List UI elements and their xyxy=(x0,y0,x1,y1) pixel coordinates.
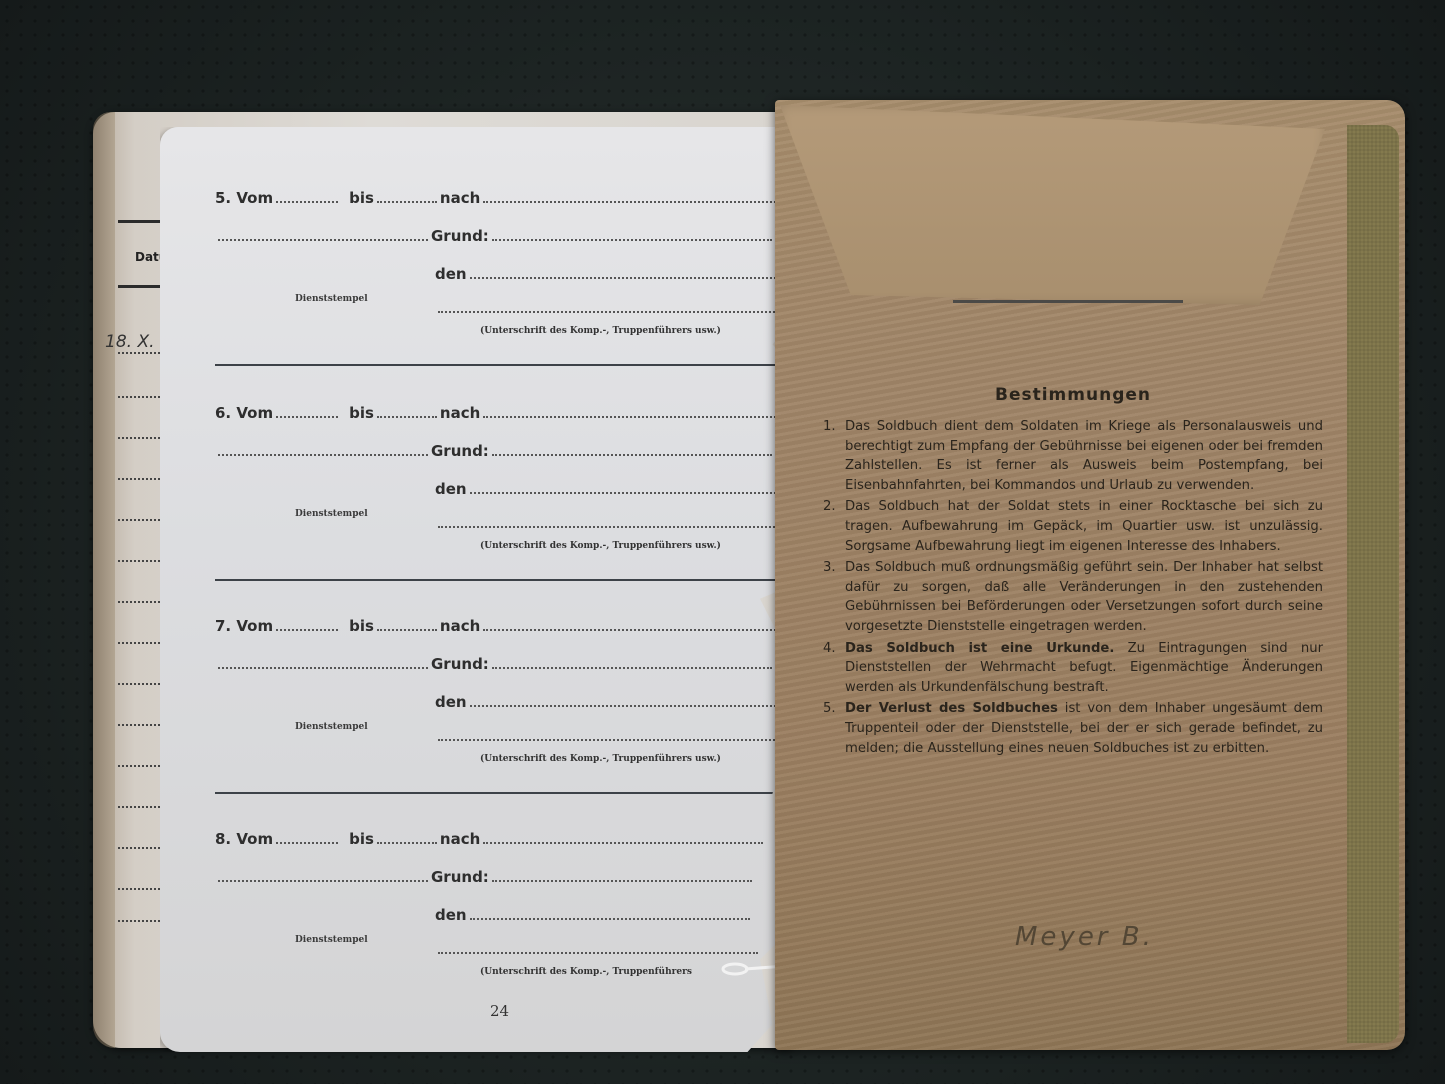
to-label: nach xyxy=(440,617,480,635)
reason-label: Grund: xyxy=(431,227,489,245)
spine-cloth xyxy=(1347,125,1399,1043)
regulation-item: 5. Der Verlust des Soldbuches ist von de… xyxy=(823,699,1323,758)
form-entry-6: 6. Vom bis nach Grund: den Dienststempel… xyxy=(215,404,785,604)
until-label: bis xyxy=(349,189,374,207)
to-field[interactable] xyxy=(483,201,803,203)
regulation-item: 2. Das Soldbuch hat der Soldat stets in … xyxy=(823,497,1323,556)
form-entry-8: 8. Vom bis nach Grund: den Dienststempel… xyxy=(215,830,785,1030)
section-divider xyxy=(215,579,783,581)
stamp-label: Dienststempel xyxy=(295,935,368,945)
form-entry-5: 5. Vom bis nach Grund: den Dienststempel… xyxy=(215,189,785,389)
to-label: nach xyxy=(440,404,480,422)
until-field[interactable] xyxy=(377,842,437,844)
to-field[interactable] xyxy=(483,629,803,631)
extra-field[interactable] xyxy=(218,667,428,669)
regulation-number: 1. xyxy=(823,417,845,495)
date-field[interactable] xyxy=(470,918,750,920)
from-label: Vom xyxy=(236,404,273,422)
inner-cover: Bestimmungen 1. Das Soldbuch dient dem S… xyxy=(775,100,1405,1050)
regulation-number: 4. xyxy=(823,639,845,698)
regulation-text: Das Soldbuch hat der Soldat stets in ein… xyxy=(845,497,1323,556)
signature-caption: (Unterschrift des Komp.-, Truppenführers… xyxy=(480,754,721,764)
extra-field[interactable] xyxy=(218,454,428,456)
until-label: bis xyxy=(349,617,374,635)
regulation-number: 3. xyxy=(823,558,845,636)
from-label: Vom xyxy=(236,830,273,848)
date-label: den xyxy=(435,693,467,711)
entry-number: 8. xyxy=(215,830,231,848)
regulation-number: 2. xyxy=(823,497,845,556)
date-field[interactable] xyxy=(470,492,780,494)
reason-field[interactable] xyxy=(492,880,752,882)
until-label: bis xyxy=(349,830,374,848)
from-field[interactable] xyxy=(276,416,338,418)
pocket-flap[interactable] xyxy=(780,105,1325,305)
until-field[interactable] xyxy=(377,629,437,631)
from-field[interactable] xyxy=(276,629,338,631)
handwritten-signature: Meyer B. xyxy=(1015,922,1154,952)
regulations-section: Bestimmungen 1. Das Soldbuch dient dem S… xyxy=(823,385,1323,760)
regulation-text: Das Soldbuch dient dem Soldaten im Krieg… xyxy=(845,417,1323,495)
date-label: den xyxy=(435,480,467,498)
entry-number: 7. xyxy=(215,617,231,635)
form-page: 5. Vom bis nach Grund: den Dienststempel… xyxy=(160,127,785,1052)
page-number: 24 xyxy=(490,1002,509,1020)
reason-field[interactable] xyxy=(492,667,772,669)
signature-field[interactable] xyxy=(438,739,783,741)
to-field[interactable] xyxy=(483,416,803,418)
regulations-title: Bestimmungen xyxy=(823,385,1323,405)
regulation-item: 3. Das Soldbuch muß ordnungsmäßig geführ… xyxy=(823,558,1323,636)
reason-label: Grund: xyxy=(431,868,489,886)
stamp-label: Dienststempel xyxy=(295,509,368,519)
signature-caption: (Unterschrift des Komp.-, Truppenführers xyxy=(480,967,692,977)
reason-label: Grund: xyxy=(431,442,489,460)
section-divider xyxy=(215,364,783,366)
from-field[interactable] xyxy=(276,201,338,203)
regulation-item: 4. Das Soldbuch ist eine Urkunde. Zu Ein… xyxy=(823,639,1323,698)
signature-field[interactable] xyxy=(438,311,783,313)
reason-label: Grund: xyxy=(431,655,489,673)
stamp-label: Dienststempel xyxy=(295,722,368,732)
to-label: nach xyxy=(440,830,480,848)
pocket-opening xyxy=(953,300,1183,303)
signature-caption: (Unterschrift des Komp.-, Truppenführers… xyxy=(480,541,721,551)
extra-field[interactable] xyxy=(218,239,428,241)
signature-field[interactable] xyxy=(438,526,783,528)
form-entry-7: 7. Vom bis nach Grund: den Dienststempel… xyxy=(215,617,785,817)
from-field[interactable] xyxy=(276,842,338,844)
entry-number: 5. xyxy=(215,189,231,207)
signature-field[interactable] xyxy=(438,952,758,954)
regulation-text: Der Verlust des Soldbuches ist von dem I… xyxy=(845,699,1323,758)
from-label: Vom xyxy=(236,617,273,635)
signature-caption: (Unterschrift des Komp.-, Truppenführers… xyxy=(480,326,721,336)
regulation-item: 1. Das Soldbuch dient dem Soldaten im Kr… xyxy=(823,417,1323,495)
to-label: nach xyxy=(440,189,480,207)
to-field[interactable] xyxy=(483,842,763,844)
reason-field[interactable] xyxy=(492,454,772,456)
date-field[interactable] xyxy=(470,277,780,279)
until-label: bis xyxy=(349,404,374,422)
from-label: Vom xyxy=(236,189,273,207)
regulation-text: Das Soldbuch ist eine Urkunde. Zu Eintra… xyxy=(845,639,1323,698)
date-label: den xyxy=(435,265,467,283)
extra-field[interactable] xyxy=(218,880,428,882)
page-edge-stain xyxy=(93,112,115,1048)
regulation-number: 5. xyxy=(823,699,845,758)
until-field[interactable] xyxy=(377,416,437,418)
section-divider xyxy=(215,792,783,794)
date-label: den xyxy=(435,906,467,924)
stamp-label: Dienststempel xyxy=(295,294,368,304)
entry-number: 6. xyxy=(215,404,231,422)
date-field[interactable] xyxy=(470,705,780,707)
regulation-text: Das Soldbuch muß ordnungsmäßig geführt s… xyxy=(845,558,1323,636)
handwritten-date: 18. X. xyxy=(105,332,155,352)
reason-field[interactable] xyxy=(492,239,772,241)
until-field[interactable] xyxy=(377,201,437,203)
